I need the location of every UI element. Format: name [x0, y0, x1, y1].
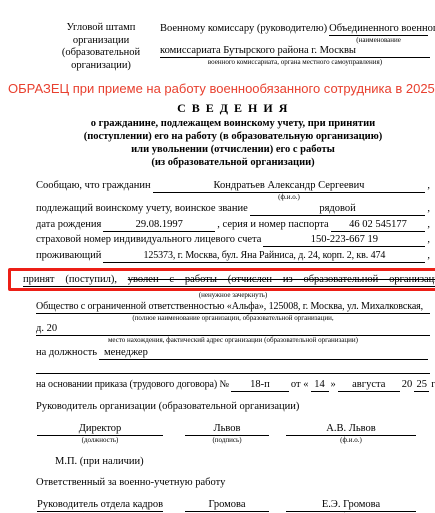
stamp-line: (образовательной — [58, 47, 144, 60]
responsible-signature-value: Громова — [185, 498, 269, 512]
birth-passport-row: дата рождения 29.08.1997 , серия и номер… — [36, 218, 430, 232]
order-day-value: 14 — [311, 378, 329, 392]
sample-note: ОБРАЗЕЦ при приеме на работу военнообяза… — [8, 81, 435, 96]
addressee-block: Военному комиссару (руководителю) Объеди… — [160, 22, 430, 66]
head-signature-value: Львов — [185, 422, 269, 436]
comma: , — [427, 218, 430, 231]
subtitle-line: (поступлении) его на работу (в образоват… — [36, 130, 430, 143]
order-year-suffix: г. — [431, 378, 435, 391]
head-of-organization-label: Руководитель организации (образовательно… — [36, 400, 430, 413]
order-from-label: от « — [291, 378, 309, 391]
position-value: менеджер — [99, 346, 428, 360]
corner-stamp: Угловой штамп организации (образовательн… — [58, 22, 144, 72]
organization-name-value: Общество с ограниченной ответственностью… — [36, 300, 430, 314]
head-signature-row: Директор (должность) Львов (подпись) А.В… — [36, 422, 430, 444]
order-year-prefix: 20 — [402, 378, 413, 391]
responsible-fio-value: Е.Э. Громова — [286, 498, 416, 512]
responsible-person-label: Ответственный за военно-учетную работу — [36, 476, 430, 489]
rank-label: подлежащий воинскому учету, воинское зва… — [36, 202, 248, 215]
comma: , — [427, 249, 430, 262]
order-number-value: 18-п — [231, 378, 289, 392]
addressee-name-field: Объединенного военного (наименование — [329, 22, 428, 44]
citizen-name-value: Кондратьев Александр Сергеевич — [153, 179, 426, 193]
organization-caption-2: место нахождения, фактический адрес орга… — [36, 336, 430, 344]
rank-value: рядовой — [250, 202, 426, 216]
responsible-position-value: Руководитель отдела кадров — [37, 498, 163, 512]
birth-date-value: 29.08.1997 — [103, 218, 215, 232]
citizen-name-field: Кондратьев Александр Сергеевич (ф.и.о.) — [153, 179, 426, 201]
passport-value: 46 02 545177 — [331, 218, 426, 232]
fio-caption: (ф.и.о.) — [286, 436, 416, 444]
rank-row: подлежащий воинскому учету, воинское зва… — [36, 202, 430, 216]
document-page: Угловой штамп организации (образовательн… — [0, 0, 435, 513]
document-title: С В Е Д Е Н И Я — [36, 101, 430, 115]
stamp-note: М.П. (при наличии) — [55, 455, 430, 468]
responsible-signature-row: Руководитель отдела кадров (должность) Г… — [36, 498, 430, 513]
residence-value: 125373, г. Москва, бул. Яна Райниса, д. … — [103, 249, 425, 263]
organization-caption-1: (полное наименование организации, образо… — [36, 314, 430, 322]
organization-address-value: д. 20 — [36, 322, 430, 336]
order-quote-close: » — [331, 378, 336, 391]
strike-instruction-caption: (ненужное зачеркнуть) — [36, 291, 430, 299]
stamp-line: организации) — [58, 60, 144, 73]
subtitle-line: о гражданине, подлежащем воинскому учету… — [36, 117, 430, 130]
comma: , — [427, 202, 430, 215]
order-month-value: августа — [338, 378, 400, 392]
addressee-caption-1: (наименование — [329, 36, 428, 44]
snils-value: 150-223-667 19 — [263, 233, 425, 247]
passport-label: , серия и номер паспорта — [217, 218, 328, 231]
comma: , — [427, 179, 430, 192]
order-row: на основании приказа (трудового договора… — [36, 378, 430, 392]
addressee-name-value-2: комиссариата Бутырского района г. Москвы — [160, 44, 430, 58]
citizen-label: Сообщаю, что гражданин — [36, 179, 151, 192]
addressee-name-value: Объединенного военного — [329, 22, 428, 36]
order-label: на основании приказа (трудового договора… — [36, 378, 229, 391]
head-position-value: Директор — [37, 422, 163, 436]
fio-caption: (ф.и.о.) — [153, 193, 426, 201]
hired-text: принят (поступил), — [23, 274, 117, 285]
position-row: на должность менеджер — [36, 346, 430, 360]
residence-label: проживающий — [36, 249, 101, 262]
stamp-line: организации — [58, 35, 144, 48]
order-year-value: 25 — [414, 378, 429, 392]
snils-row: страховой номер индивидуального лицевого… — [36, 233, 430, 247]
position-label: на должность — [36, 346, 97, 359]
birth-date-label: дата рождения — [36, 218, 101, 231]
signature-caption: (подпись) — [185, 436, 269, 444]
subtitle-line: (из образовательной организации) — [36, 156, 430, 169]
blank-field-line — [36, 361, 430, 374]
addressee-caption-2: военного комиссариата, органа местного с… — [160, 58, 430, 66]
hired-dismissed-line: принят (поступил), уволен с работы (отчи… — [23, 273, 435, 287]
citizen-row: Сообщаю, что гражданин Кондратьев Алекса… — [36, 179, 430, 201]
document-header: Угловой штамп организации (образовательн… — [36, 22, 430, 72]
head-fio-value: А.В. Львов — [286, 422, 416, 436]
addressee-label: Военному комиссару (руководителю) — [160, 22, 327, 35]
snils-label: страховой номер индивидуального лицевого… — [36, 233, 261, 246]
residence-row: проживающий 125373, г. Москва, бул. Яна … — [36, 249, 430, 263]
document-subtitle: о гражданине, подлежащем воинскому учету… — [36, 117, 430, 169]
stamp-line: Угловой штамп — [58, 22, 144, 35]
subtitle-line: или увольнении (отчислении) его с работы — [36, 143, 430, 156]
dismissed-text-strikethrough: уволен с работы (отчислен из образовател… — [128, 274, 435, 285]
position-caption: (должность) — [37, 436, 163, 444]
comma: , — [427, 233, 430, 246]
highlight-box: принят (поступил), уволен с работы (отчи… — [8, 268, 435, 291]
